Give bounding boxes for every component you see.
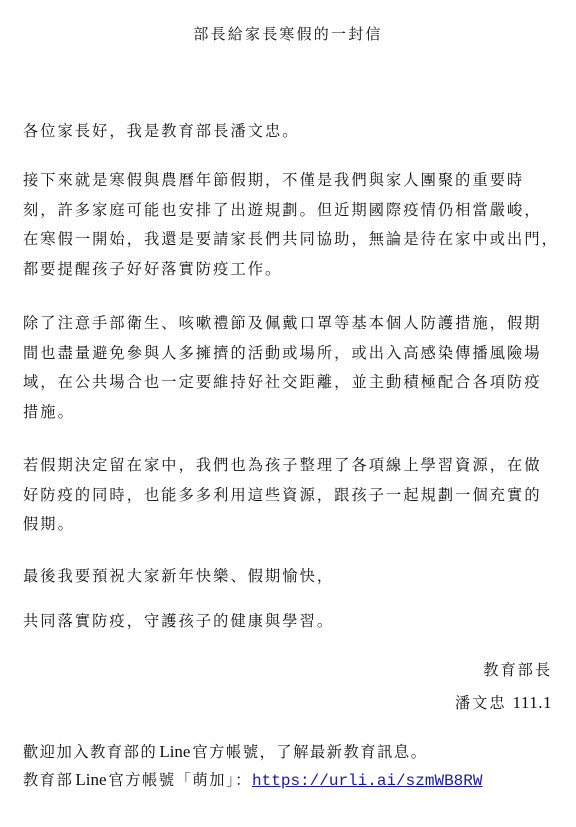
paragraph-line: 接下來就是寒假與農曆年節假期，不僅是我們與家人團聚的重要時 — [23, 166, 557, 196]
footer-text: 歡迎加入教育部的 — [23, 743, 157, 761]
footer-text: 官方帳號「萌加」： — [109, 771, 253, 789]
footer-line-1: 歡迎加入教育部的Line官方帳號，了解最新教育訊息。 — [23, 738, 563, 766]
paragraph-2: 除了注意手部衛生、咳嗽禮節及佩戴口罩等基本個人防護措施，假期 間也盡量避免參與人… — [23, 309, 557, 427]
paragraph-line: 域，在公共場合也一定要維持好社交距離，並主動積極配合各項防疫 — [23, 368, 557, 398]
paragraph-3: 若假期決定留在家中，我們也為孩子整理了各項線上學習資源，在做 好防疫的同時，也能… — [23, 451, 557, 540]
closing-line-2: 共同落實防疫，守護孩子的健康與學習。 — [23, 607, 557, 637]
letter-title: 部長給家長寒假的一封信 — [0, 24, 576, 44]
paragraph-line: 措施。 — [23, 398, 557, 428]
line-brand: Line — [159, 742, 190, 761]
paragraph-line: 在寒假一開始，我還是要請家長們共同協助，無論是待在家中或出門， — [23, 225, 557, 255]
letter-page: 部長給家長寒假的一封信 各位家長好，我是教育部長潘文忠。 接下來就是寒假與農曆年… — [0, 0, 576, 827]
closing-line-1: 最後我要預祝大家新年快樂、假期愉快， — [23, 562, 557, 592]
paragraph-1: 接下來就是寒假與農曆年節假期，不僅是我們與家人團聚的重要時 刻，許多家庭可能也安… — [23, 166, 557, 284]
line-brand: Line — [75, 770, 106, 789]
paragraph-line: 若假期決定留在家中，我們也為孩子整理了各項線上學習資源，在做 — [23, 451, 557, 481]
paragraph-line: 間也盡量避免參與人多擁擠的活動或場所，或出入高感染傳播風險場 — [23, 339, 557, 369]
greeting: 各位家長好，我是教育部長潘文忠。 — [23, 117, 557, 147]
paragraph-line: 好防疫的同時，也能多多利用這些資源，跟孩子一起規劃一個充實的 — [23, 481, 557, 511]
footer-text: 官方帳號，了解最新教育訊息。 — [192, 743, 427, 761]
line-account-link[interactable]: https://urli.ai/szmWB8RW — [252, 772, 482, 790]
paragraph-line: 假期。 — [23, 510, 557, 540]
signature-name-date: 潘文忠111.1 — [455, 688, 552, 719]
paragraph-line: 刻，許多家庭可能也安排了出遊規劃。但近期國際疫情仍相當嚴峻， — [23, 196, 557, 226]
signature-name: 潘文忠 — [455, 694, 507, 712]
paragraph-line: 除了注意手部衛生、咳嗽禮節及佩戴口罩等基本個人防護措施，假期 — [23, 309, 557, 339]
footer-text: 教育部 — [23, 771, 73, 789]
signature-date: 111.1 — [513, 693, 553, 712]
signature-title: 教育部長 — [483, 656, 552, 686]
footer-line-2: 教育部Line官方帳號「萌加」：https://urli.ai/szmWB8RW — [23, 766, 563, 795]
paragraph-line: 都要提醒孩子好好落實防疫工作。 — [23, 255, 557, 285]
